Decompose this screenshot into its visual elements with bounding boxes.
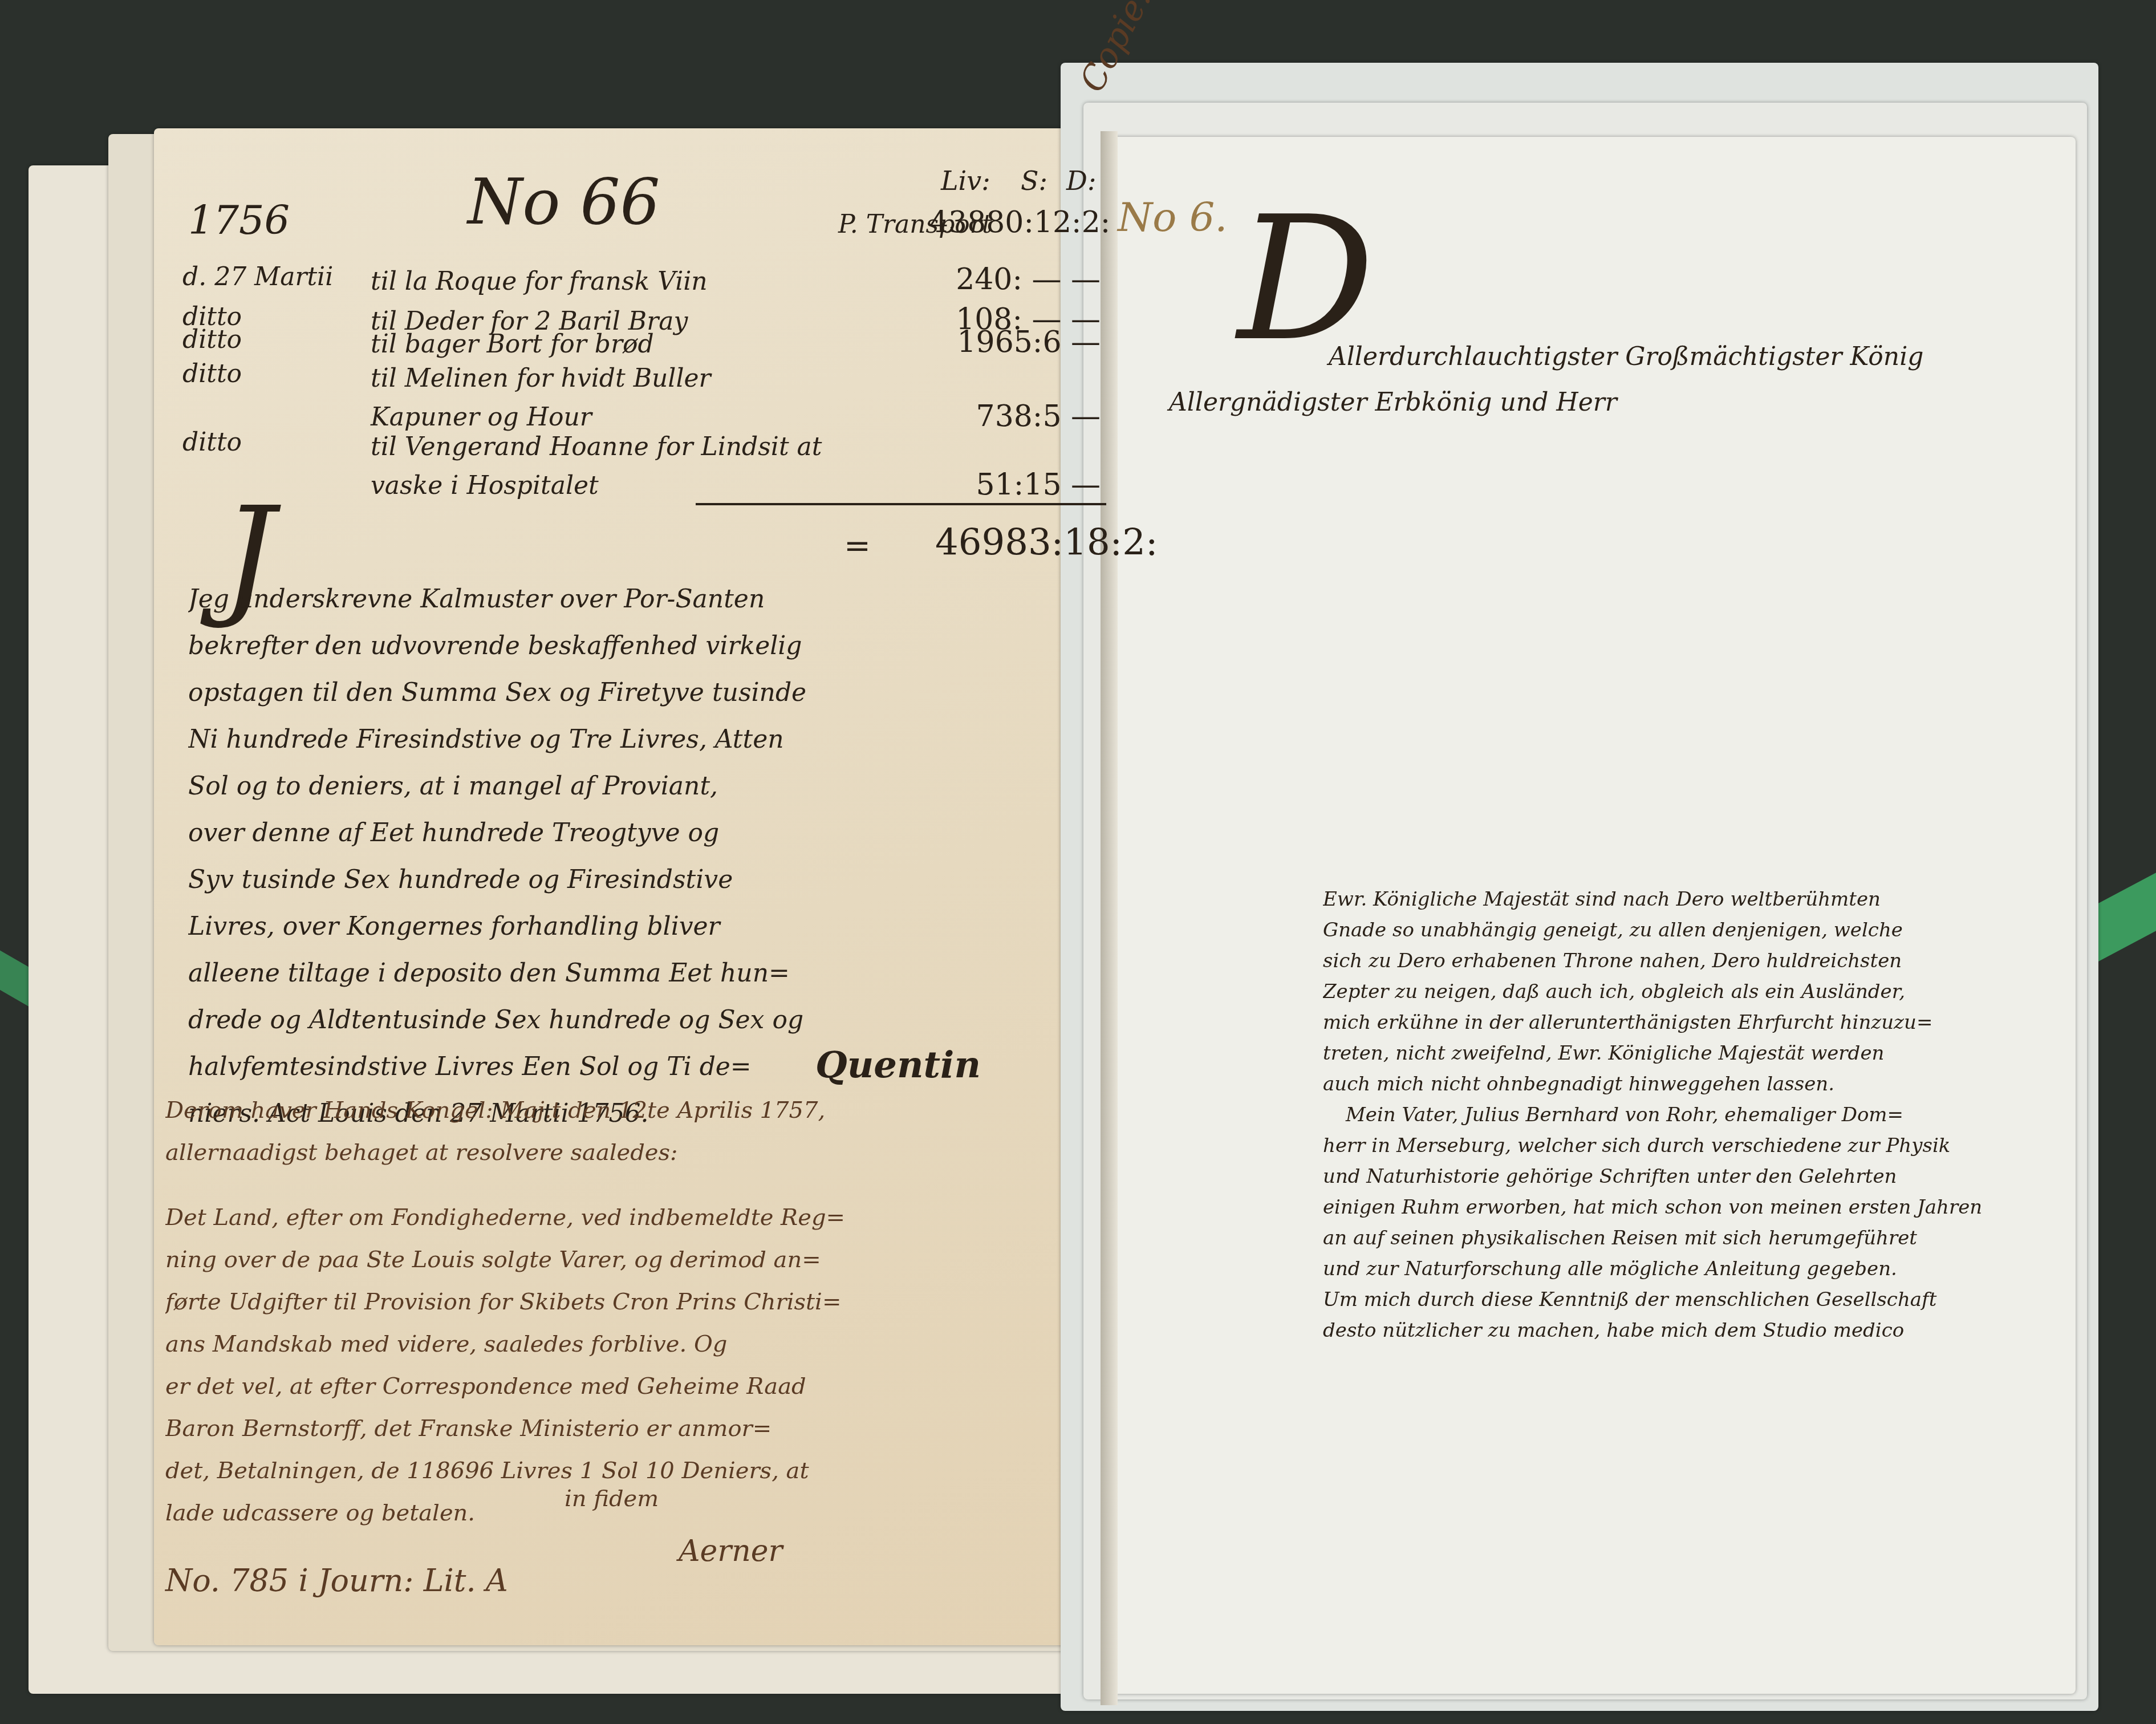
entry-text: til la Roque for fransk Viin	[371, 262, 941, 301]
declaration-line: over denne af Eet hundrede Treogtyve og	[188, 810, 1089, 857]
declaration-line: drede og Aldtentusinde Sex hundrede og S…	[188, 997, 1089, 1044]
signature-quentin: Quentin	[815, 1044, 981, 1086]
entry-date: ditto	[182, 325, 336, 354]
letter-line: Gnade so unabhängig geneigt, zu allen de…	[1323, 915, 2064, 946]
decorative-initial-d: D	[1237, 194, 1375, 365]
resolution-line: førte Udgifter til Provision for Skibets…	[165, 1281, 1066, 1323]
entry-amount: 1965:6 —	[929, 325, 1101, 359]
declaration-line: Ni hundrede Firesindstive og Tre Livres,…	[188, 716, 1089, 763]
resolution-text: Derom haver Hands Kongel: Maj.t den 12te…	[165, 1089, 1066, 1534]
resolution-line: Det Land, efter om Fondighederne, ved in…	[165, 1196, 1066, 1239]
signature-aerner: Aerner	[679, 1534, 782, 1568]
letter-line: Ewr. Königliche Majestät sind nach Dero …	[1323, 884, 2064, 915]
letter-line: und zur Naturforschung alle mögliche Anl…	[1323, 1254, 2064, 1284]
letter-line: auch mich nicht ohnbegnadigt hinweggehen…	[1323, 1069, 2064, 1100]
entry-text: til Melinen for hvidt Buller Kapuner og …	[371, 359, 804, 437]
total-mark: =	[844, 528, 871, 565]
in-fidem: in fidem	[565, 1486, 659, 1512]
journal-reference: No. 785 i Journ: Lit. A	[165, 1563, 508, 1599]
letter-line: treten, nicht zweifelnd, Ewr. Königliche…	[1323, 1038, 2064, 1069]
entry-text: til bager Bort for brød	[371, 325, 941, 364]
declaration-line: Livres, over Kongernes forhandling blive…	[188, 903, 1089, 950]
resolution-line: Baron Bernstorff, det Franske Ministerio…	[165, 1407, 1066, 1450]
transport-amount: 43880:12:2:	[929, 205, 1101, 240]
entry-date: ditto	[182, 428, 336, 457]
entry-date: ditto	[182, 359, 336, 388]
salutation-line-1: Allerdurchlauchtigster Großmächtigster K…	[1329, 342, 1923, 371]
letter-number: No 6.	[1118, 194, 1227, 241]
letter-line: und Naturhistorie gehörige Schriften unt…	[1323, 1161, 2064, 1192]
declaration-line: alleene tiltage i deposito den Summa Eet…	[188, 950, 1089, 997]
declaration-line: bekrefter den udvovrende beskaffenhed vi…	[188, 623, 1089, 670]
declaration-line: Jeg underskrevne Kalmuster over Por-Sant…	[188, 576, 1089, 623]
letter-line: an auf seinen physikalischen Reisen mit …	[1323, 1223, 2064, 1254]
col-head-sols: S:	[1021, 165, 1047, 196]
letter-line: Mein Vater, Julius Bernhard von Rohr, eh…	[1323, 1100, 2064, 1130]
declaration-line: Sol og to deniers, at i mangel af Provia…	[188, 763, 1089, 810]
resolution-line: er det vel, at efter Correspondence med …	[165, 1365, 1066, 1407]
resolution-line: ans Mandskab med videre, saaledes forbli…	[165, 1323, 1066, 1365]
total-amount: 46983:18:2:	[935, 522, 1158, 564]
resolution-line: Derom haver Hands Kongel: Maj.t den 12te…	[165, 1089, 1066, 1131]
ledger-entry: ditto til Vengerand Hoanne for Lindsit a…	[182, 428, 1106, 513]
entry-amount: 240: — —	[929, 262, 1101, 297]
sum-rule	[696, 503, 1106, 505]
entry-amount: 51:15 —	[929, 468, 1101, 502]
letter-line: desto nützlicher zu machen, habe mich de…	[1323, 1315, 2064, 1346]
letter-line: Um mich durch diese Kenntniß der menschl…	[1323, 1284, 2064, 1315]
declaration-line: opstagen til den Summa Sex og Firetyve t…	[188, 670, 1089, 716]
resolution-line: allernaadigst behaget at resolvere saale…	[165, 1131, 1066, 1174]
resolution-line: ning over de paa Ste Louis solgte Varer,…	[165, 1239, 1066, 1281]
salutation-line-2: Allergnädigster Erbkönig und Herr	[1169, 388, 1617, 417]
letter-line: einigen Ruhm erworben, hat mich schon vo…	[1323, 1192, 2064, 1223]
entry-text: til Vengerand Hoanne for Lindsit at vask…	[371, 428, 884, 505]
transport-row: P. Transport 43880:12:2:	[182, 205, 1106, 245]
letter-line: herr in Merseburg, welcher sich durch ve…	[1323, 1130, 2064, 1161]
col-head-livres: Liv:	[941, 165, 990, 196]
declaration-line: Syv tusinde Sex hundrede og Firesindstiv…	[188, 857, 1089, 903]
letter-body: Ewr. Königliche Majestät sind nach Dero …	[1323, 884, 2064, 1346]
ledger-entry: d. 27 Martii til la Roque for fransk Vii…	[182, 262, 1106, 302]
letter-line: mich erkühne in der allerunterthänigsten…	[1323, 1007, 2064, 1038]
col-head-deniers: D:	[1066, 165, 1096, 196]
entry-date: d. 27 Martii	[182, 262, 336, 291]
letter-line: sich zu Dero erhabenen Throne nahen, Der…	[1323, 946, 2064, 976]
letter-line: Zepter zu neigen, daß auch ich, obgleich…	[1323, 976, 2064, 1007]
